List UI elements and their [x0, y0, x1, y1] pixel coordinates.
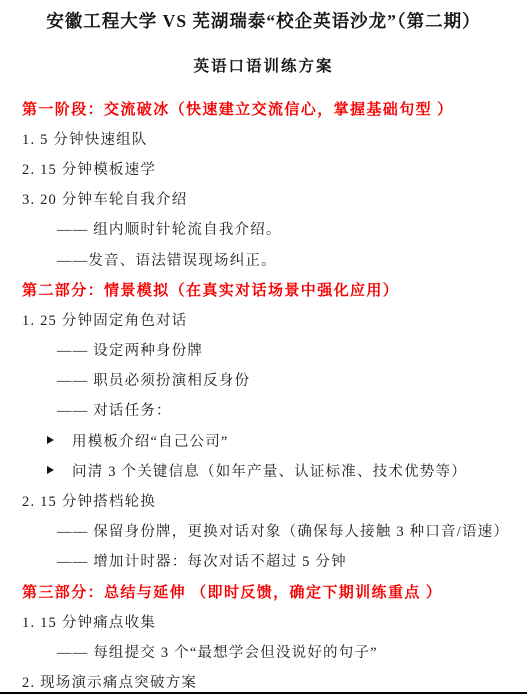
list-item: 2. 15 分钟模板速学: [22, 153, 521, 183]
document-subtitle: 英语口语训练方案: [0, 54, 527, 76]
bullet-item-text: 用模板介绍“自己公司”: [72, 430, 229, 451]
page-bottom-border: [0, 692, 527, 694]
list-item: 1. 15 分钟痛点收集: [22, 606, 521, 636]
bullet-item-text: 问清 3 个关键信息（如年产量、认证标准、技术优势等）: [72, 460, 467, 481]
section-heading-3: 第三部分：总结与延伸 （即时反馈，确定下期训练重点 ）: [22, 576, 521, 606]
dash-item: —— 每组提交 3 个“最想学会但没说好的句子”: [22, 636, 521, 666]
list-item: 1. 5 分钟快速组队: [22, 123, 521, 153]
document-body: 第一阶段：交流破冰（快速建立交流信心，掌握基础句型 ） 1. 5 分钟快速组队 …: [22, 93, 521, 695]
page-title: 安徽工程大学 VS 芜湖瑞泰“校企英语沙龙”（第二期）: [0, 8, 527, 33]
triangle-bullet-icon: [47, 436, 54, 444]
dash-item: —— 保留身份牌，更换对话对象（确保每人接触 3 种口音/语速）: [22, 516, 521, 546]
list-item: 3. 20 分钟车轮自我介绍: [22, 184, 521, 214]
bullet-item: 问清 3 个关键信息（如年产量、认证标准、技术优势等）: [22, 455, 521, 485]
dash-item: —— 组内顺时针轮流自我介绍。: [22, 214, 521, 244]
triangle-bullet-icon: [47, 466, 54, 474]
list-item: 1. 25 分钟固定角色对话: [22, 304, 521, 334]
dash-item: ——发音、语法错误现场纠正。: [22, 244, 521, 274]
dash-item: —— 职员必须扮演相反身份: [22, 365, 521, 395]
dash-item: —— 设定两种身份牌: [22, 335, 521, 365]
list-item: 2. 现场演示痛点突破方案: [22, 667, 521, 695]
bullet-item: 用模板介绍“自己公司”: [22, 425, 521, 455]
section-heading-2: 第二部分：情景模拟（在真实对话场景中强化应用）: [22, 274, 521, 304]
dash-item: —— 增加计时器：每次对话不超过 5 分钟: [22, 546, 521, 576]
list-item: 2. 15 分钟搭档轮换: [22, 485, 521, 515]
dash-item: —— 对话任务：: [22, 395, 521, 425]
section-heading-1: 第一阶段：交流破冰（快速建立交流信心，掌握基础句型 ）: [22, 93, 521, 123]
